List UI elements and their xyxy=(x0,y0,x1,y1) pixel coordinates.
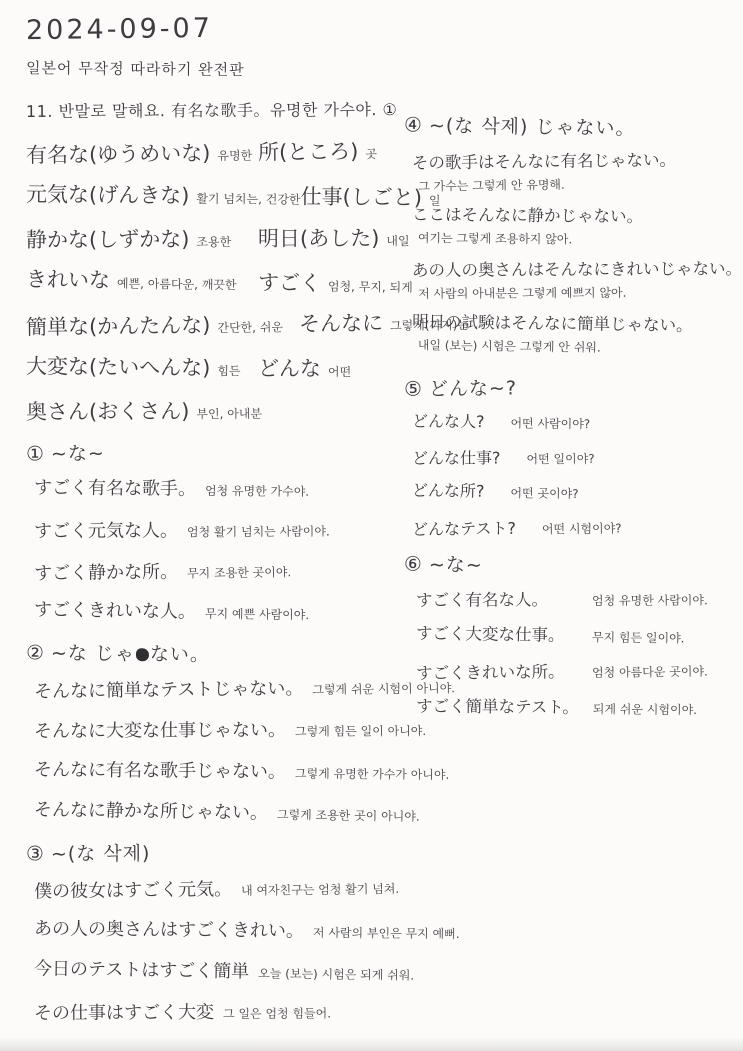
sentence-jp: その歌手はそんなに有名じゃない。 xyxy=(412,150,676,172)
section-title: ~な~ xyxy=(429,554,483,576)
sentence-jp: すごくきれいな人。 xyxy=(34,595,196,623)
section-number: ② xyxy=(26,640,45,664)
sentence-ko: 그 가수는 그렇게 안 유명해. xyxy=(418,174,676,194)
sentence-jp: すごく有名な人。 xyxy=(416,586,578,611)
sentence-line: すごく有名な歌手。엄청 유명한 가수야. xyxy=(34,473,418,502)
vocab-jp: そんなに xyxy=(299,307,383,338)
sentence-line: そんなに有名な歌手じゃない。그렇게 유명한 가수가 아니야. xyxy=(34,755,418,784)
section-title: ~(な 삭제) xyxy=(51,843,151,866)
section-5: ⑤どんな~? どんな人?어떤 사람이야? どんな仕事?어떤 일이야? どんな所?… xyxy=(404,374,740,538)
sentence-jp: すごく大変な仕事。 xyxy=(416,620,578,646)
sentence-ko: 여기는 그렇게 조용하지 않아. xyxy=(418,229,643,248)
sentence-ko: 저 사람의 부인은 무지 예뻐. xyxy=(313,924,460,942)
vocab-ko: 어떤 xyxy=(328,363,351,380)
vocab-ko: 엄청, 무지, 되게 xyxy=(328,277,413,295)
sentence-jp: 明日の試験はそんなに簡単じゃない。 xyxy=(412,312,693,335)
vocab-jp: 静かな(しずかな) xyxy=(26,223,190,254)
section-title: ~な~ xyxy=(51,443,105,466)
sentence-line: どんなテスト?어떤 시험이야? xyxy=(412,513,740,540)
sentence-jp: すごく静かな所。 xyxy=(34,558,178,586)
lesson-title: 11. 반말로 말해요. 有名な歌手。유명한 가수야. ① xyxy=(26,97,397,122)
section-number: ④ xyxy=(404,112,423,136)
vocab-jp: 簡単な(かんたんな) xyxy=(26,309,211,341)
sentence-ko: 엄청 활기 넘치는 사람이야. xyxy=(187,522,330,540)
sentence-pair: ここはそんなに静かじゃない。 여기는 그렇게 조용하지 않아. xyxy=(412,201,643,248)
section-number: ① xyxy=(26,441,45,465)
vocab-ko: 활기 넘치는, 건강한 xyxy=(196,190,300,208)
section-2: ②~な じゃない。 そんなに簡単なテストじゃない。그렇게 쉬운 시험이 아니야.… xyxy=(26,639,418,824)
sentence-jp: 今日のテストはすごく簡単 xyxy=(34,954,250,983)
vocab-row: 静かな(しずかな)조용한 明日(あした)내일 xyxy=(26,222,418,254)
sentence-jp: そんなに簡単なテストじゃない。 xyxy=(34,674,304,703)
sentence-jp: そんなに静かな所じゃない。 xyxy=(34,795,268,824)
sentence-jp: そんなに有名な歌手じゃない。 xyxy=(34,755,286,783)
vocab-ko: 예쁜, 아름다운, 깨끗한 xyxy=(117,275,237,294)
sentence-line: その仕事はすごく大変그 일은 엄청 힘들어. xyxy=(34,997,418,1025)
sentence-line: どんな仕事?어떤 일이야? xyxy=(412,444,740,469)
section-3: ③~(な 삭제) 僕の彼女はすごく元気。내 여자친구는 엄청 활기 넘쳐. あの… xyxy=(26,839,418,1024)
sentence-line: すごく有名な人。엄청 유명한 사람이야. xyxy=(416,585,740,611)
sentence-line: 今日のテストはすごく簡単오늘 (보는) 시험은 되게 쉬워. xyxy=(34,954,418,985)
section-header: ②~な じゃない。 xyxy=(26,638,210,667)
sentence-ko: 어떤 시험이야? xyxy=(542,519,622,537)
notebook-page: 2024-09-07 일본어 무작정 따라하기 완전판 11. 반말로 말해요.… xyxy=(0,0,743,1051)
sentence-jp: どんな所? xyxy=(412,478,485,502)
sentence-jp: その仕事はすごく大変 xyxy=(34,998,214,1025)
section-6: ⑥~な~ すごく有名な人。엄청 유명한 사람이야. すごく大変な仕事。무지 힘든… xyxy=(404,550,740,718)
left-column: 2024-09-07 일본어 무작정 따라하기 완전판 11. 반말로 말해요.… xyxy=(26,14,418,1039)
section-number: ⑥ xyxy=(404,552,423,576)
vocab-ko: 간단한, 쉬운 xyxy=(217,318,283,336)
sentence-line: どんな人?어떤 사람이야? xyxy=(412,409,740,435)
section-number: ③ xyxy=(26,841,45,865)
sentence-ko: 엄청 유명한 사람이야. xyxy=(592,591,708,609)
vocab-ko: 곳 xyxy=(365,145,377,162)
sentence-jp: どんなテスト? xyxy=(412,516,516,540)
right-column: ④~(な 삭제) じゃない。 その歌手はそんなに有名じゃない。 그 가수는 그렇… xyxy=(404,112,740,730)
sentence-jp: どんな仕事? xyxy=(412,445,501,468)
section-1: ①~な~ すごく有名な歌手。엄청 유명한 가수야. すごく元気な人。엄청 활기 … xyxy=(26,439,418,624)
vocab-ko: 조용한 xyxy=(196,233,231,250)
section-header: ⑥~な~ xyxy=(404,550,483,578)
sentence-line: そんなに簡単なテストじゃない。그렇게 쉬운 시험이 아니야. xyxy=(34,673,418,704)
sentence-jp: ここはそんなに静かじゃない。 xyxy=(412,205,643,226)
book-title: 일본어 무작정 따라하기 완전판 xyxy=(26,57,245,80)
vocab-jp: どんな xyxy=(258,352,321,383)
section-title: ~(な 삭제) じゃない。 xyxy=(429,115,636,140)
sentence-line: すごく元気な人。엄청 활기 넘치는 사람이야. xyxy=(34,515,418,543)
sentence-pair: あの人の奥さんはそんなにきれいじゃない。 저 사람의 아내분은 그렇게 예쁘지 … xyxy=(412,255,742,302)
sentence-line: そんなに静かな所じゃない。그렇게 조용한 곳이 아니야. xyxy=(34,795,418,826)
sentence-ko: 어떤 사람이야? xyxy=(510,414,590,432)
vocab-ko: 유명한 xyxy=(217,147,252,164)
sentence-ko: 오늘 (보는) 시험은 되게 쉬워. xyxy=(258,964,414,983)
sentence-ko: 엄청 아름다운 곳이야. xyxy=(592,662,708,680)
section-header: ④~(な 삭제) じゃない。 xyxy=(404,110,636,140)
vocab-jp: 奥さん(おくさん) xyxy=(26,395,190,426)
section-title-tail: ない。 xyxy=(150,643,210,666)
sentence-line: すごくきれいな所。엄청 아름다운 곳이야. xyxy=(416,656,740,684)
vocab-row: 大変な(たいへんな)힘든 どんな어떤 xyxy=(26,350,418,383)
sentence-line: どんな所?어떤 곳이야? xyxy=(412,478,740,506)
section-title: ~な じゃ xyxy=(51,642,135,665)
vocab-row: 有名な(ゆうめいな)유명한 所(ところ)곳 xyxy=(26,135,418,170)
sentence-jp: あの人の奥さんはそんなにきれいじゃない。 xyxy=(412,259,742,280)
sentence-jp: すごくきれいな所。 xyxy=(416,658,578,684)
vocab-row: 奥さん(おくさん)부인, 아내분 xyxy=(26,394,418,426)
sentence-line: そんなに大変な仕事じゃない。그렇게 힘든 일이 아니야. xyxy=(34,715,418,743)
sentence-ko: 내 여자친구는 엄청 활기 넘쳐. xyxy=(241,880,399,899)
vocab-list: 有名な(ゆうめいな)유명한 所(ところ)곳 元気な(げんきな)활기 넘치는, 건… xyxy=(26,137,418,425)
sentence-jp: あの人の奥さんはすごくきれい。 xyxy=(34,914,304,942)
vocab-row: きれいな예쁜, 아름다운, 깨끗한 すごく엄청, 무지, 되게 xyxy=(26,263,418,298)
ink-scribble xyxy=(136,648,149,661)
sentence-line: 僕の彼女はすごく元気。내 여자친구는 엄청 활기 넘쳐. xyxy=(34,873,418,904)
vocab-jp: 元気な(げんきな) xyxy=(26,178,190,209)
vocab-jp: きれいな xyxy=(26,263,110,294)
sentence-line: すごくきれいな人。무지 예쁜 사람이야. xyxy=(34,595,418,626)
vocab-row: 元気な(げんきな)활기 넘치는, 건강한 仕事(しごと)일 xyxy=(26,178,418,211)
vocab-ko: 힘든 xyxy=(217,362,240,379)
sentence-ko: 그 일은 엄청 힘들어. xyxy=(223,1004,331,1022)
sentence-pair: 明日の試験はそんなに簡単じゃない。 내일 (보는) 시험은 그렇게 안 쉬워. xyxy=(412,308,693,357)
sentence-pair: その歌手はそんなに有名じゃない。 그 가수는 그렇게 안 유명해. xyxy=(412,146,677,194)
sentence-jp: すごく簡単なテスト。 xyxy=(416,693,579,718)
sentence-line: すごく簡単なテスト。되게 쉬운 시험이야. xyxy=(416,693,740,720)
vocab-jp: すごく xyxy=(258,267,321,298)
sentence-ko: 무지 조용한 곳이야. xyxy=(187,563,291,581)
sentence-line: あの人の奥さんはすごくきれい。저 사람의 부인은 무지 예뻐. xyxy=(34,914,418,943)
sentence-ko: 그렇게 유명한 가수가 아니야. xyxy=(295,765,450,783)
vocab-jp: 所(ところ) xyxy=(258,135,359,166)
section-header: ③~(な 삭제) xyxy=(26,839,151,867)
vocab-row: 簡単な(かんたんな)간단한, 쉬운 そんなに그렇게(까지)는 xyxy=(26,307,418,342)
sentence-line: すごく静かな所。무지 조용한 곳이야. xyxy=(34,555,418,586)
sentence-ko: 어떤 곳이야? xyxy=(510,484,578,502)
sentence-ko: 내일 (보는) 시험은 그렇게 안 쉬워. xyxy=(418,336,693,357)
vocab-jp: 大変な(たいへんな) xyxy=(26,350,211,382)
sentence-jp: すごく有名な歌手。 xyxy=(34,473,196,500)
sentence-ko: 그렇게 조용한 곳이 아니야. xyxy=(277,806,420,825)
sentence-ko: 어떤 일이야? xyxy=(526,450,594,467)
section-title: どんな~? xyxy=(429,377,517,400)
sentence-jp: どんな人? xyxy=(412,409,485,433)
vocab-jp: 明日(あした) xyxy=(258,222,380,253)
sentence-ko: 무지 힘든 일이야. xyxy=(592,628,685,646)
date: 2024-09-07 xyxy=(26,13,213,46)
sentence-line: すごく大変な仕事。무지 힘든 일이야. xyxy=(416,620,740,649)
section-header: ①~な~ xyxy=(26,439,105,467)
sentence-jp: すごく元気な人。 xyxy=(34,516,178,543)
sentence-ko: 무지 예쁜 사람이야. xyxy=(205,605,309,623)
sentence-ko: 되게 쉬운 시험이야. xyxy=(593,700,697,718)
sentence-jp: 僕の彼女はすごく元気。 xyxy=(34,875,232,903)
section-number: ⑤ xyxy=(404,376,423,400)
vocab-ko: 부인, 아내분 xyxy=(196,405,262,422)
section-4: ④~(な 삭제) じゃない。 その歌手はそんなに有名じゃない。 그 가수는 그렇… xyxy=(404,112,740,364)
vocab-jp: 有名な(ゆうめいな) xyxy=(26,137,211,169)
sentence-ko: 엄청 유명한 가수야. xyxy=(205,482,309,500)
section-header: ⑤どんな~? xyxy=(404,373,517,401)
sentence-jp: そんなに大変な仕事じゃない。 xyxy=(34,716,286,743)
sentence-ko: 저 사람의 아내분은 그렇게 예쁘지 않아. xyxy=(418,283,742,302)
